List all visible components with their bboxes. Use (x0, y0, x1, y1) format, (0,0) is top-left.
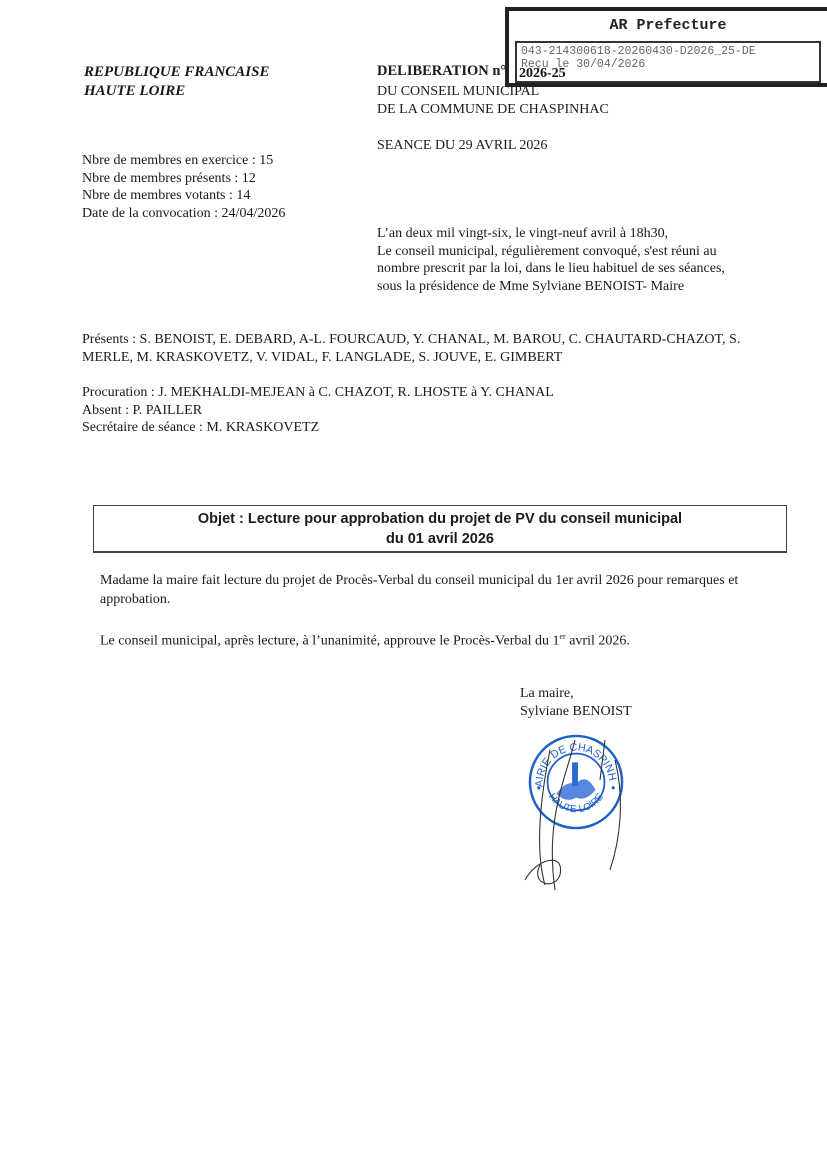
subject-line-2: du 01 avril 2026 (94, 529, 786, 549)
member-stats: Nbre de membres en exercice : 15 Nbre de… (82, 152, 285, 222)
council-line: DU CONSEIL MUNICIPAL (377, 83, 539, 101)
paragraph-2-text: Le conseil municipal, après lecture, à l… (100, 634, 560, 649)
preamble-line: L’an deux mil vingt-six, le vingt-neuf a… (377, 225, 725, 243)
body-paragraph-1: Madame la maire fait lecture du projet d… (100, 571, 800, 609)
stamp-inner-box: 043-214300618-20260430-D2026_25-DE Reçu … (515, 41, 821, 83)
stat-en-exercice: Nbre de membres en exercice : 15 (82, 152, 285, 170)
body-paragraph-2: Le conseil municipal, après lecture, à l… (100, 628, 630, 650)
subject-box: Objet : Lecture pour approbation du proj… (93, 505, 787, 553)
stat-presents: Nbre de membres présents : 12 (82, 170, 285, 188)
republic-heading: REPUBLIQUE FRANCAISE (84, 63, 269, 82)
paragraph-2-end: avril 2026. (566, 634, 630, 649)
stamp-code: 043-214300618-20260430-D2026_25-DE (521, 45, 756, 58)
stamp-title: AR Prefecture (509, 17, 827, 34)
secretary: Secrétaire de séance : M. KRASKOVETZ (82, 419, 554, 437)
absent: Absent : P. PAILLER (82, 402, 554, 420)
preamble-line: Le conseil municipal, régulièrement conv… (377, 243, 725, 261)
signatory-role: La maire, (520, 685, 632, 703)
signatory-name: Sylviane BENOIST (520, 703, 632, 721)
preamble: L’an deux mil vingt-six, le vingt-neuf a… (377, 225, 725, 295)
stat-votants: Nbre de membres votants : 14 (82, 187, 285, 205)
preamble-line: nombre prescrit par la loi, dans le lieu… (377, 260, 725, 278)
session-date: SEANCE DU 29 AVRIL 2026 (377, 137, 547, 155)
procuration: Procuration : J. MEKHALDI-MEJEAN à C. CH… (82, 384, 554, 402)
ar-prefecture-stamp: AR Prefecture 043-214300618-20260430-D20… (505, 7, 827, 87)
stat-convocation-date: Date de la convocation : 24/04/2026 (82, 205, 285, 223)
deliberation-label: DELIBERATION n° (377, 63, 506, 80)
deliberation-number: 2026-25 (519, 66, 566, 82)
preamble-line: sous la présidence de Mme Sylviane BENOI… (377, 278, 725, 296)
handwritten-signature (505, 740, 645, 890)
subject-line-1: Objet : Lecture pour approbation du proj… (94, 509, 786, 529)
attendance-details: Procuration : J. MEKHALDI-MEJEAN à C. CH… (82, 384, 554, 437)
commune-line: DE LA COMMUNE DE CHASPINHAC (377, 101, 609, 119)
presents-list: Présents : S. BENOIST, E. DEBARD, A-L. F… (82, 331, 762, 366)
department-heading: HAUTE LOIRE (84, 82, 185, 101)
signature-block: La maire, Sylviane BENOIST (520, 685, 632, 721)
